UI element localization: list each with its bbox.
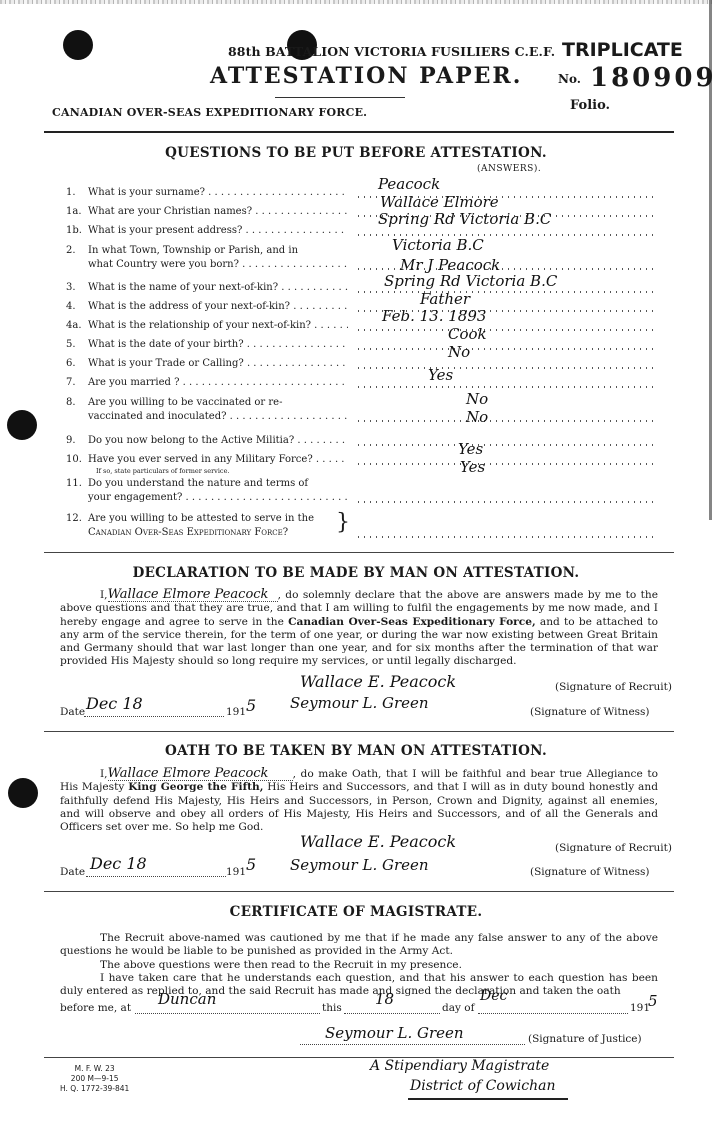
answer-dotline xyxy=(358,444,658,446)
oath-recruit-signature: Wallace E. Peacock xyxy=(300,832,456,851)
scan-edge-noise xyxy=(0,0,712,4)
answer-dotline xyxy=(358,463,658,465)
question-item: 12.Are you willing to be attested to ser… xyxy=(66,512,348,540)
oath-name: Wallace Elmore Peacock xyxy=(108,767,293,781)
question-number: 1. xyxy=(66,186,88,200)
oath-heading: OATH TO BE TAKEN BY MAN ON ATTESTATION. xyxy=(0,743,712,759)
question-number: 1b. xyxy=(66,224,88,238)
answer-handwritten: Father xyxy=(420,290,470,308)
question-text: What is your present address? xyxy=(88,225,242,236)
month-dotline xyxy=(478,1013,628,1014)
answer-dotline xyxy=(358,329,658,331)
question-item: 4a.What is the relationship of your next… xyxy=(66,319,348,333)
battalion-name: 88th BATTALION VICTORIA FUSILIERS C.E.F. xyxy=(228,44,555,59)
folio-label: Folio. xyxy=(570,98,610,113)
question-item: 8.Are you willing to be vaccinated or re… xyxy=(66,396,348,424)
answer-handwritten: Yes xyxy=(458,440,483,458)
day-of-label: day of xyxy=(442,1002,474,1014)
question-number: 12. xyxy=(66,512,88,526)
declaration-prefix: I, xyxy=(100,589,108,601)
before-me-label: before me, at xyxy=(60,1002,131,1014)
question-item: 10.Have you ever served in any Military … xyxy=(66,453,348,475)
form-code: M. F. W. 23 200 M—9-15 H. Q. 1772-39-841 xyxy=(60,1064,129,1094)
punch-hole xyxy=(8,778,38,808)
answer-handwritten: Peacock xyxy=(378,175,440,193)
answer-handwritten: Yes xyxy=(428,366,453,384)
answers-label: (ANSWERS). xyxy=(477,164,541,174)
regimental-number: 180909 xyxy=(590,63,712,93)
question-item: 1.What is your surname? xyxy=(66,186,348,200)
copy-label: TRIPLICATE xyxy=(562,39,683,61)
oath-year-suffix: 5 xyxy=(246,855,256,874)
question-item: 3.What is the name of your next-of-kin? xyxy=(66,281,348,295)
question-number: 3. xyxy=(66,281,88,295)
question-text: What is the name of your next-of-kin? xyxy=(88,282,278,293)
answer-dotline xyxy=(358,348,658,350)
justice-signature: Seymour L. Green xyxy=(325,1024,464,1042)
answer-dotline xyxy=(358,291,658,293)
document-title: ATTESTATION PAPER. xyxy=(210,63,522,89)
question-item: 5.What is the date of your birth? xyxy=(66,338,348,352)
question-item: 11.Do you understand the nature and term… xyxy=(66,477,348,505)
section-divider xyxy=(44,552,674,553)
attestation-month: Dec xyxy=(480,988,507,1004)
answer-dotline xyxy=(358,367,658,369)
question-item: 7.Are you married ? xyxy=(66,376,348,390)
document-subtitle: CANADIAN OVER-SEAS EXPEDITIONARY FORCE. xyxy=(52,106,367,119)
question-number: 11. xyxy=(66,477,88,491)
question-text: Do you now belong to the Active Militia? xyxy=(88,435,294,446)
answer-handwritten: Wallace Elmore xyxy=(380,193,499,211)
question-text: In what Town, Township or Parish, and in xyxy=(88,245,298,256)
answer-dotline xyxy=(358,501,658,503)
declaration-recruit-signature: Wallace E. Peacock xyxy=(300,672,456,691)
number-label: No. xyxy=(558,72,581,86)
question-number: 4a. xyxy=(66,319,88,333)
this-label: this xyxy=(322,1002,342,1014)
answer-handwritten: No xyxy=(466,390,488,408)
question-text: What are your Christian names? xyxy=(88,206,252,217)
declaration-date-label: Date xyxy=(60,706,85,718)
questions-heading: QUESTIONS TO BE PUT BEFORE ATTESTATION. xyxy=(0,145,712,161)
declaration-name: Wallace Elmore Peacock xyxy=(108,588,278,602)
answer-handwritten: Spring Rd Victoria B.C xyxy=(384,272,557,290)
answer-dotline xyxy=(358,536,658,538)
question-text: What is your Trade or Calling? xyxy=(88,358,244,369)
question-number: 10. xyxy=(66,453,88,467)
answer-handwritten: Spring Rd Victoria B.C xyxy=(378,210,551,228)
magistrate-title-2: District of Cowichan xyxy=(410,1078,555,1094)
question-text: What is the relationship of your next-of… xyxy=(88,320,311,331)
brace-mark: } xyxy=(336,512,350,534)
justice-sig-label: (Signature of Justice) xyxy=(528,1033,642,1045)
oath-witness-sig-label: (Signature of Witness) xyxy=(530,866,650,878)
day-dotline xyxy=(344,1013,440,1014)
question-number: 8. xyxy=(66,396,88,410)
question-text: Are you willing to be attested to serve … xyxy=(88,513,314,524)
oath-witness-signature: Seymour L. Green xyxy=(290,856,429,874)
question-text: What is the address of your next-of-kin? xyxy=(88,301,290,312)
oath-year-prefix: 191 xyxy=(226,866,246,878)
question-number: 1a. xyxy=(66,205,88,219)
section-divider xyxy=(44,131,674,133)
declaration-recruit-sig-label: (Signature of Recruit) xyxy=(555,681,672,693)
question-number: 9. xyxy=(66,434,88,448)
declaration-year-suffix: 5 xyxy=(246,696,256,715)
punch-hole xyxy=(63,30,93,60)
answer-dotline xyxy=(358,386,658,388)
question-text: What is the date of your birth? xyxy=(88,339,244,350)
answer-handwritten: Victoria B.C xyxy=(392,236,484,254)
oath-date: Dec 18 xyxy=(90,854,147,873)
declaration-year-prefix: 191 xyxy=(226,706,246,718)
declaration-witness-signature: Seymour L. Green xyxy=(290,694,429,712)
question-item: 4.What is the address of your next-of-ki… xyxy=(66,300,348,314)
answer-handwritten: No xyxy=(466,408,488,426)
oath-text: I,Wallace Elmore Peacock, do make Oath, … xyxy=(60,767,658,834)
question-text: Are you married ? xyxy=(88,377,179,388)
question-item: 2.In what Town, Township or Parish, and … xyxy=(66,244,348,272)
answer-handwritten: Yes xyxy=(460,458,485,476)
question-number: 2. xyxy=(66,244,88,258)
question-number: 7. xyxy=(66,376,88,390)
question-number: 4. xyxy=(66,300,88,314)
certificate-text: The Recruit above-named was cautioned by… xyxy=(60,932,658,998)
question-text: What is your surname? xyxy=(88,187,205,198)
answer-handwritten: Cook xyxy=(448,325,487,343)
justice-dotline xyxy=(300,1044,525,1045)
answer-handwritten: No xyxy=(448,343,470,361)
magistrate-title-1: A Stipendiary Magistrate xyxy=(370,1058,549,1074)
question-item: 1b.What is your present address? xyxy=(66,224,348,238)
title-divider xyxy=(275,97,405,98)
section-divider xyxy=(44,731,674,732)
date-dotline xyxy=(84,716,224,717)
question-note: If so, state particulars of former servi… xyxy=(66,467,348,475)
declaration-date: Dec 18 xyxy=(86,694,143,713)
question-text: Have you ever served in any Military For… xyxy=(88,454,313,465)
question-item: 9.Do you now belong to the Active Militi… xyxy=(66,434,348,448)
oath-date-label: Date xyxy=(60,866,85,878)
question-number: 6. xyxy=(66,357,88,371)
declaration-text: I,Wallace Elmore Peacock, do solemnly de… xyxy=(60,588,658,669)
certificate-year-suffix: 5 xyxy=(648,992,658,1010)
date-dotline xyxy=(86,876,226,877)
question-text: Are you willing to be vaccinated or re- xyxy=(88,397,282,408)
declaration-witness-sig-label: (Signature of Witness) xyxy=(530,706,650,718)
place-dotline xyxy=(135,1013,320,1014)
oath-recruit-sig-label: (Signature of Recruit) xyxy=(555,842,672,854)
question-number: 5. xyxy=(66,338,88,352)
attestation-place: Duncan xyxy=(158,990,216,1008)
attestation-day: 18 xyxy=(375,990,394,1008)
section-divider xyxy=(44,891,674,892)
certificate-heading: CERTIFICATE OF MAGISTRATE. xyxy=(0,904,712,920)
question-text: Do you understand the nature and terms o… xyxy=(88,478,308,489)
punch-hole xyxy=(7,410,37,440)
answer-handwritten: Feb. 13. 1893 xyxy=(382,307,486,325)
magistrate-underline xyxy=(408,1098,568,1100)
question-item: 1a.What are your Christian names? xyxy=(66,205,348,219)
answer-dotline xyxy=(358,420,658,422)
declaration-heading: DECLARATION TO BE MADE BY MAN ON ATTESTA… xyxy=(0,565,712,581)
question-item: 6.What is your Trade or Calling? xyxy=(66,357,348,371)
section-divider xyxy=(44,1057,674,1058)
